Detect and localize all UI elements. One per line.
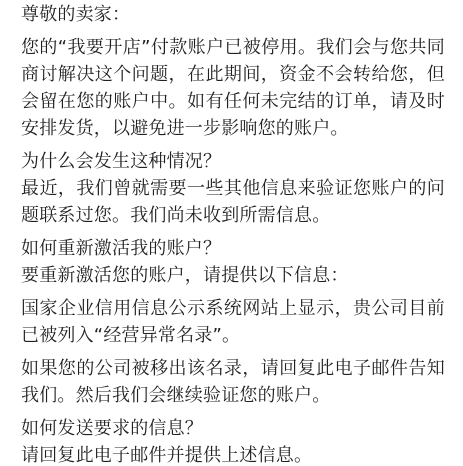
section-why-body: 最近，我们曾就需要一些其他信息来验证您账户的问题联系过您。我们尚未收到所需信息。 bbox=[21, 175, 445, 229]
section-why: 为什么会发生这种情况？ 最近，我们曾就需要一些其他信息来验证您账户的问题联系过您… bbox=[21, 148, 445, 229]
removed-from-list-paragraph: 如果您的公司被移出该名录，请回复此电子邮件告知我们。然后我们会继续验证您的账户。 bbox=[21, 355, 445, 409]
salutation: 尊敬的卖家： bbox=[21, 1, 445, 28]
notice-letter: 尊敬的卖家： 您的“我要开店”付款账户已被停用。我们会与您共同商讨解决这个问题，… bbox=[0, 0, 463, 466]
section-send: 如何发送要求的信息？ 请回复此电子邮件并提供上述信息。 bbox=[21, 415, 445, 466]
section-reactivate-body: 要重新激活您的账户，请提供以下信息： bbox=[21, 262, 445, 289]
section-send-heading: 如何发送要求的信息？ bbox=[21, 415, 445, 442]
section-reactivate: 如何重新激活我的账户？ 要重新激活您的账户，请提供以下信息： bbox=[21, 235, 445, 289]
section-send-body: 请回复此电子邮件并提供上述信息。 bbox=[21, 442, 445, 466]
abnormal-list-paragraph: 国家企业信用信息公示系统网站上显示，贵公司目前已被列入“经营异常名录”。 bbox=[21, 295, 445, 349]
intro-paragraph: 您的“我要开店”付款账户已被停用。我们会与您共同商讨解决这个问题，在此期间，资金… bbox=[21, 34, 445, 142]
section-reactivate-heading: 如何重新激活我的账户？ bbox=[21, 235, 445, 262]
section-why-heading: 为什么会发生这种情况？ bbox=[21, 148, 445, 175]
